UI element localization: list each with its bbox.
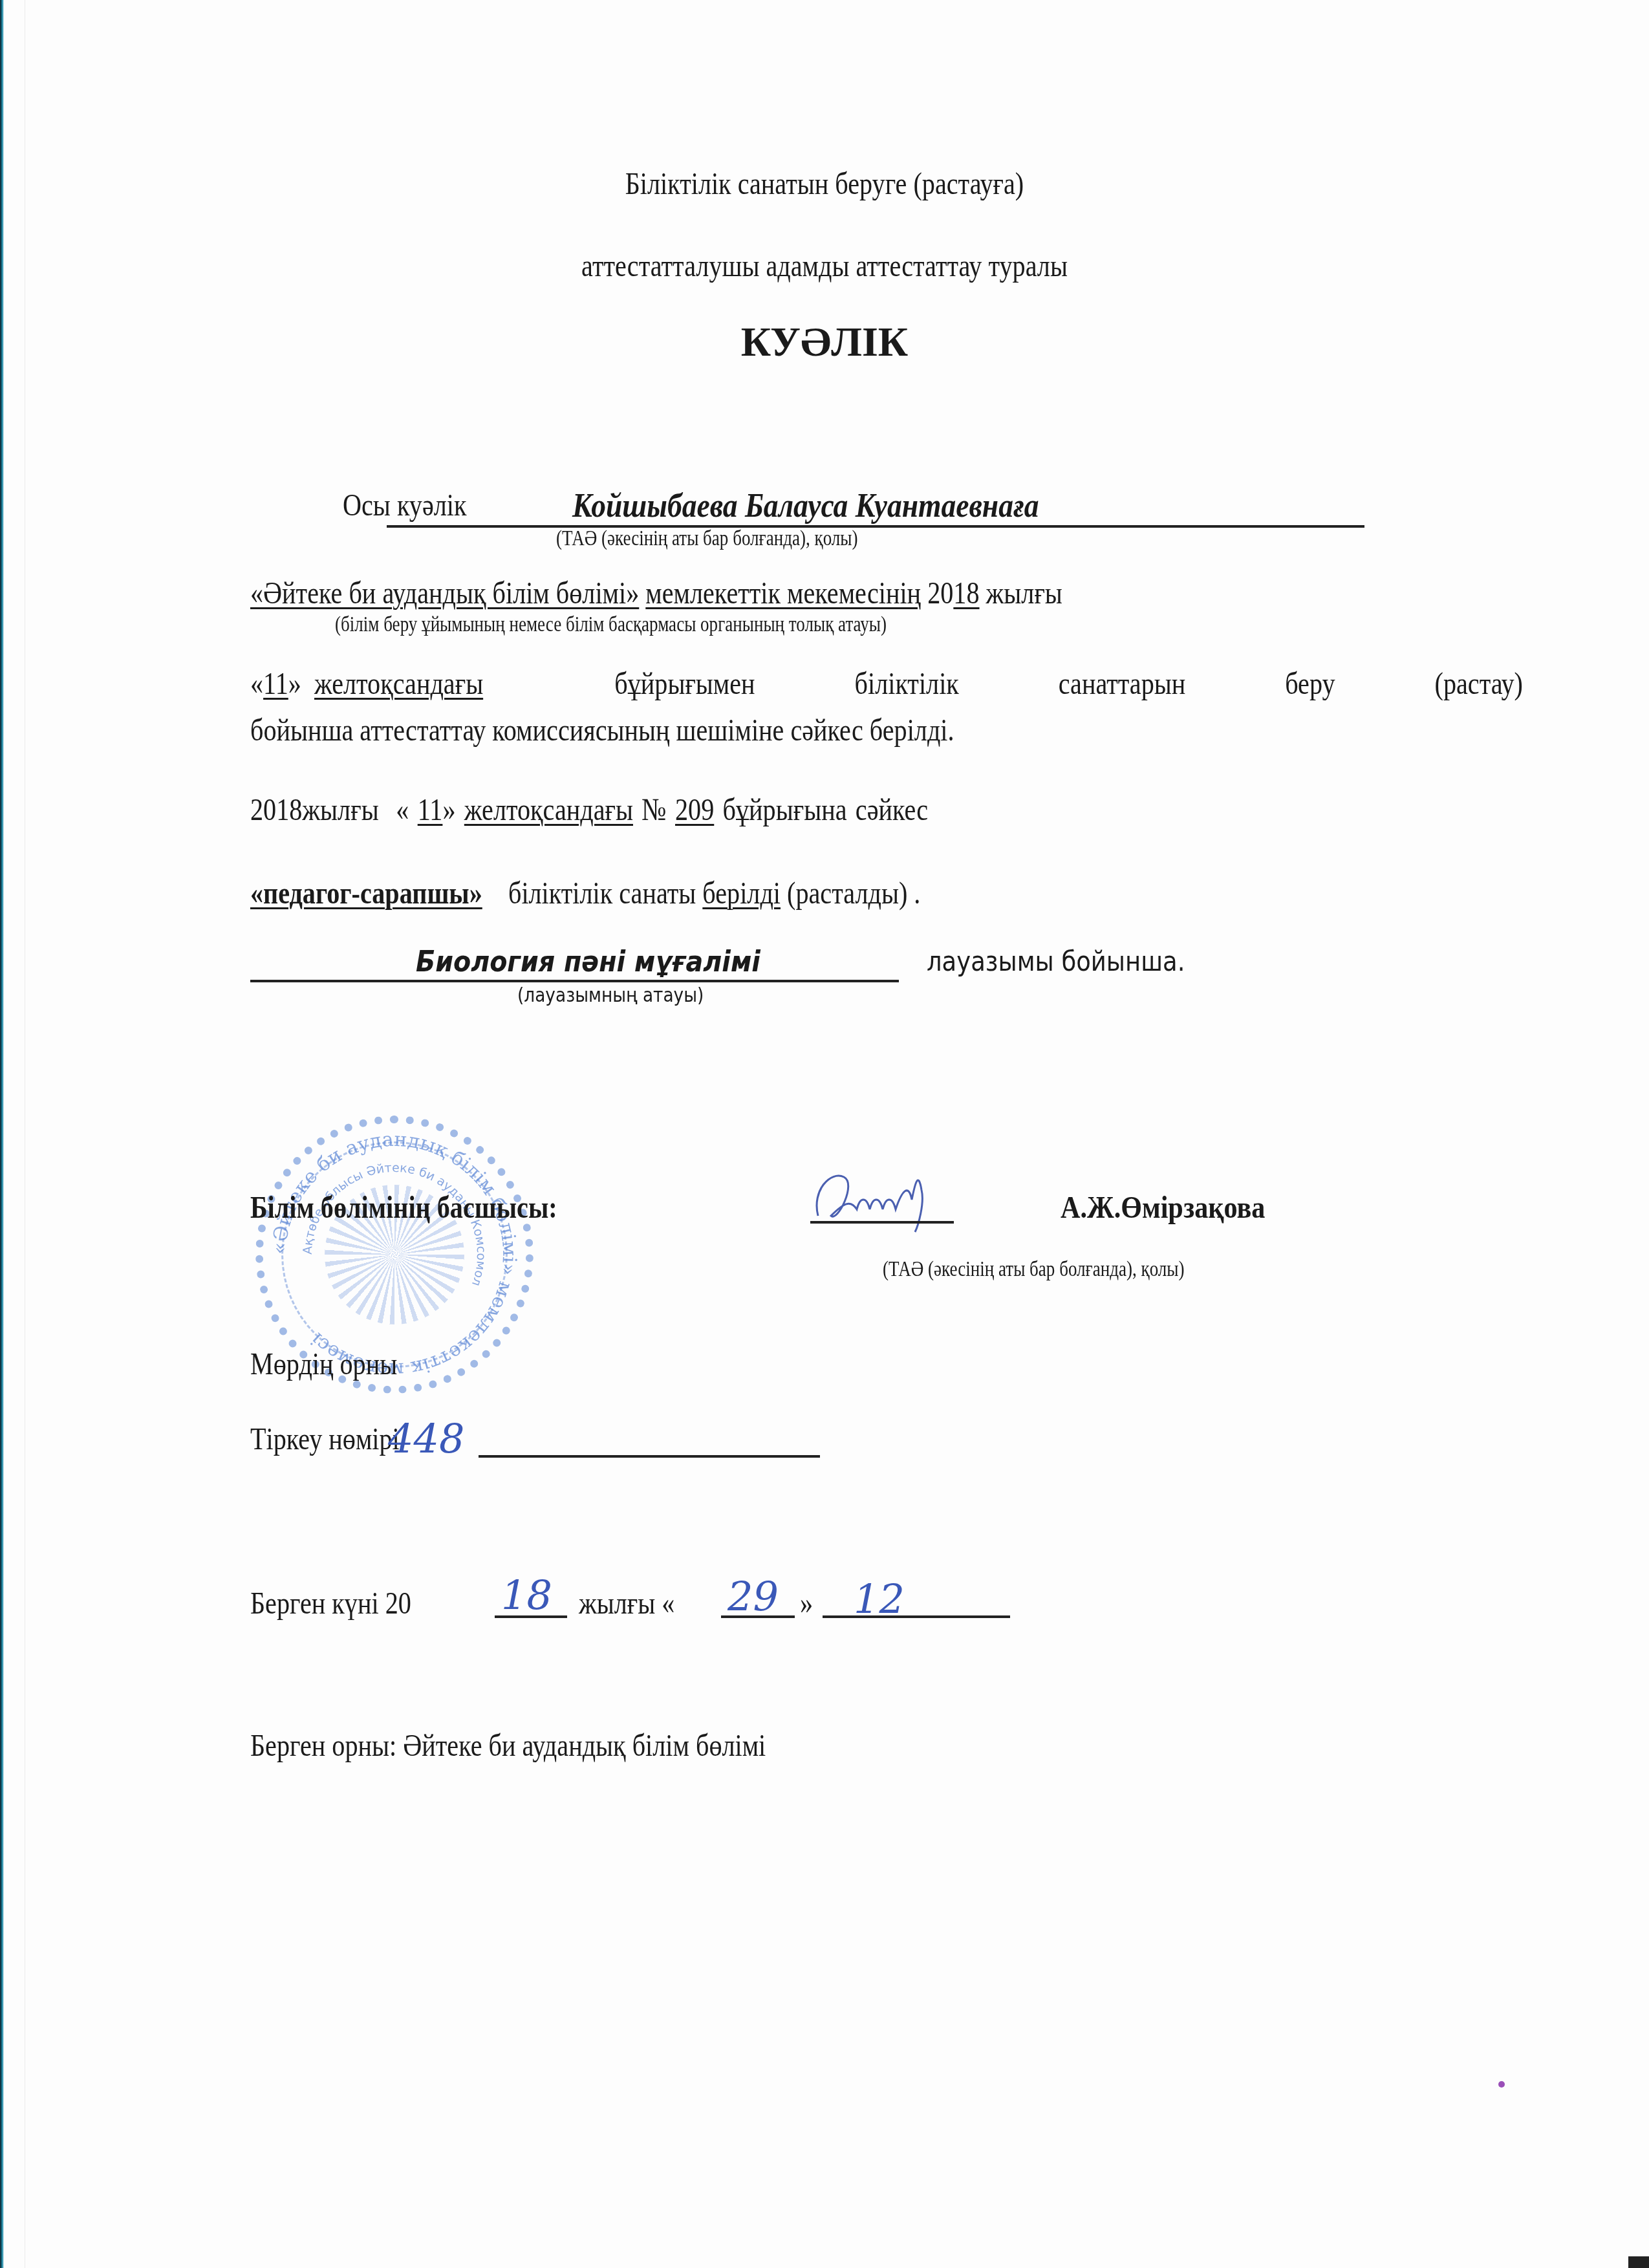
category-granted: берілді xyxy=(702,875,781,911)
year-suffix: 18 xyxy=(953,575,979,610)
scan-corner xyxy=(1628,2256,1649,2268)
year-prefix: 20 xyxy=(927,575,953,610)
decision-day: 11 xyxy=(263,665,288,701)
document-title: КУӘЛІК xyxy=(0,318,1649,366)
decision-word: санаттарын xyxy=(1059,665,1185,702)
position-name: Биология пәні мұғалімі xyxy=(416,945,760,978)
order-reference: 2018жылғы « 11» желтоқсандағы № 209 бұйр… xyxy=(250,791,928,828)
category-line: «педагог-сарапшы» біліктілік санаты бері… xyxy=(250,874,920,911)
heading-line-1: Біліктілік санатын беруге (растауға) xyxy=(149,165,1501,202)
decision-word: біліктілік xyxy=(855,665,959,702)
recipient-caption: (ТАӘ (әкесінің аты бар болғанда), қолы) xyxy=(556,527,858,551)
order-tail: бұйрығына сәйкес xyxy=(723,792,929,827)
signature-icon xyxy=(805,1164,960,1235)
issue-year-word: жылғы « xyxy=(579,1584,674,1621)
decision-word: (растау) xyxy=(1435,665,1523,702)
issue-year: 18 xyxy=(501,1571,552,1619)
month-underline xyxy=(823,1615,1010,1618)
order-year: 2018жылғы xyxy=(250,792,379,827)
organization-line: «Әйтеке би аудандық білім бөлімі» мемлек… xyxy=(250,574,1062,611)
order-number: 209 xyxy=(675,792,714,827)
signatory-caption: (ТАӘ (әкесінің аты бар болғанда), қолы) xyxy=(883,1258,1185,1282)
decision-line-1: «11» желтоқсандағы бұйрығымен біліктілік… xyxy=(250,665,1523,702)
category-text: біліктілік санаты xyxy=(508,875,696,911)
registration-underline xyxy=(479,1455,820,1458)
organization-type: мемлекеттік мекемесінің xyxy=(645,575,921,610)
signatory-name: А.Ж.Өмірзақова xyxy=(1061,1189,1265,1226)
year-word: жылғы xyxy=(986,575,1062,610)
issue-month: 12 xyxy=(854,1575,905,1623)
decision-word: бұйрығымен xyxy=(614,665,755,702)
ink-dot xyxy=(1498,2081,1505,2088)
order-day: 11 xyxy=(418,792,443,827)
organization-caption: (білім беру ұйымының немесе білім басқар… xyxy=(335,613,887,637)
issue-place: Берген орны: Әйтеке би аудандық білім бө… xyxy=(250,1727,766,1764)
category-confirmed: (расталды) . xyxy=(787,875,920,911)
position-caption: (лауазымның атауы) xyxy=(517,984,704,1007)
recipient-prefix: Осы куәлік xyxy=(343,486,467,523)
decision-line-2: бойынша аттестаттау комиссиясының шешімі… xyxy=(250,711,954,748)
issue-day-close: » xyxy=(800,1584,813,1621)
organization-name: «Әйтеке би аудандық білім бөлімі» xyxy=(250,575,639,610)
decision-month: желтоқсандағы xyxy=(314,665,515,701)
signatory-label: Білім бөлімінің басшысы: xyxy=(250,1189,557,1226)
order-month: желтоқсандағы xyxy=(464,792,633,827)
recipient-underline xyxy=(387,525,1364,528)
recipient-name: Койшыбаева Балауса Куантаевнаға xyxy=(572,486,1039,525)
registration-label: Тіркеу нөмірі xyxy=(250,1420,400,1457)
position-underline xyxy=(250,980,899,982)
number-sign: № xyxy=(641,792,666,827)
decision-word: беру xyxy=(1285,665,1335,702)
stamp-place-label: Мөрдің орны xyxy=(250,1345,397,1382)
issue-date-label: Берген күні 20 xyxy=(250,1584,411,1621)
issue-day: 29 xyxy=(727,1573,779,1620)
heading-line-2: аттестатталушы адамды аттестаттау туралы xyxy=(149,247,1501,284)
position-suffix: лауазымы бойынша. xyxy=(927,945,1185,977)
category-name: «педагог-сарапшы» xyxy=(250,875,482,911)
registration-number: 448 xyxy=(388,1415,464,1462)
